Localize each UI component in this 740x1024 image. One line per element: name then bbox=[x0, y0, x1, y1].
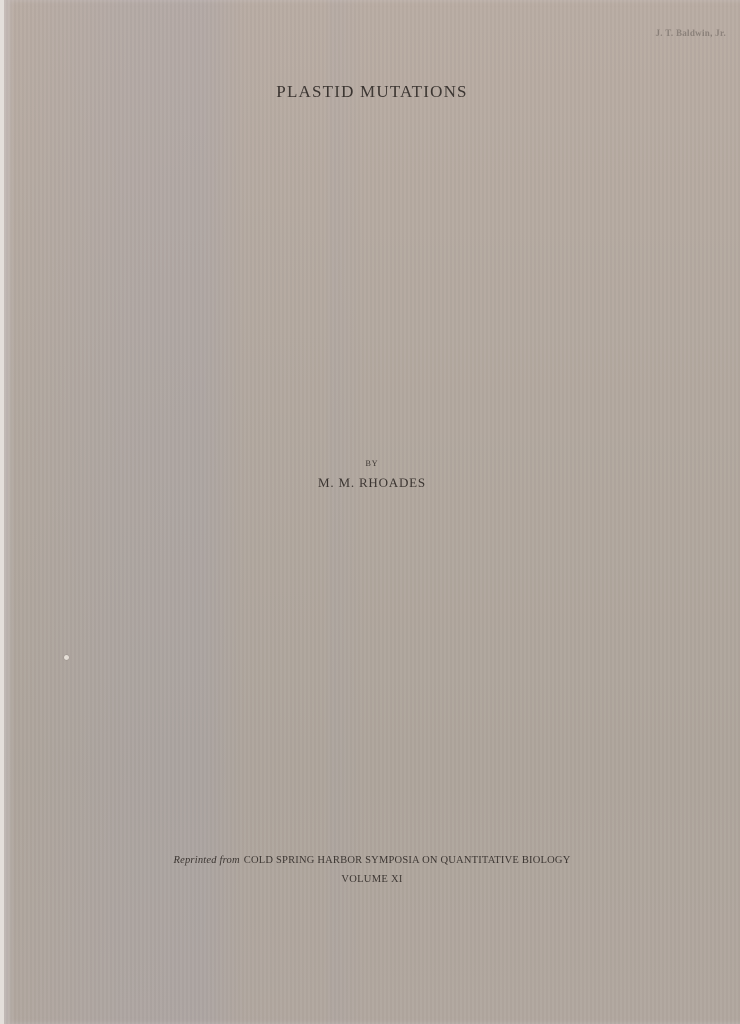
paper-speck bbox=[64, 655, 69, 660]
author-name: M. M. RHOADES bbox=[4, 475, 740, 491]
by-label: BY bbox=[4, 459, 740, 468]
reprint-prefix: Reprinted from bbox=[174, 855, 240, 866]
owner-stamp: J. T. Baldwin, Jr. bbox=[655, 28, 726, 38]
reprint-source: COLD SPRING HARBOR SYMPOSIA ON QUANTITAT… bbox=[244, 855, 571, 866]
document-title: PLASTID MUTATIONS bbox=[4, 82, 740, 102]
volume-label: VOLUME XI bbox=[4, 874, 740, 885]
reprint-line: Reprinted fromCOLD SPRING HARBOR SYMPOSI… bbox=[4, 855, 740, 866]
document-cover: J. T. Baldwin, Jr. PLASTID MUTATIONS BY … bbox=[4, 0, 740, 1024]
